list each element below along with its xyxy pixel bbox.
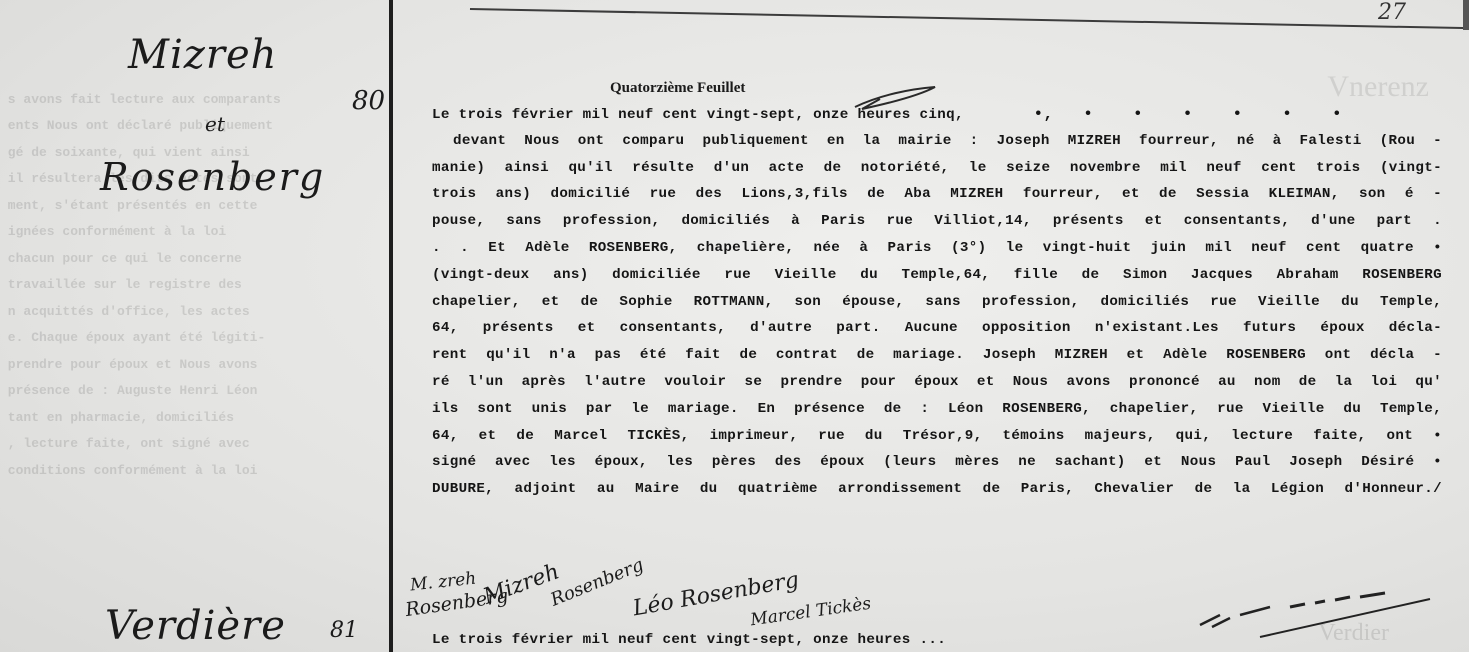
act-line: (vingt-deux ans) domiciliée rue Vieille … — [432, 262, 1442, 289]
next-act-first-line: Le trois février mil neuf cent vingt-sep… — [432, 632, 946, 648]
sheet-title: Quatorzième Feuillet — [610, 80, 745, 97]
margin-conjunction: et — [205, 112, 225, 136]
bleed-through-heading: Vnerenz — [1327, 70, 1429, 104]
act-line: chapelier, et de Sophie ROTTMANN, son ép… — [432, 289, 1442, 316]
signature-groom-father: Mizreh — [480, 559, 563, 609]
marriage-act-text: Le trois février mil neuf cent vingt-sep… — [432, 101, 1442, 503]
margin-rule-line — [389, 0, 393, 652]
act-line: 64, et de Marcel TICKÈS, imprimeur, rue … — [432, 423, 1442, 450]
page-edge — [1463, 0, 1469, 30]
act-line: ré l'un après l'autre vouloir se prendre… — [432, 369, 1442, 396]
bleed-through-text: s avons fait lecture aux comparants ents… — [0, 60, 385, 580]
page-number: 27 — [1378, 0, 1406, 25]
act-line: rent qu'il n'a pas été fait de contrat d… — [432, 342, 1442, 369]
top-rule-line — [470, 8, 1469, 29]
margin-next-name: Verdière — [105, 603, 286, 649]
act-line: signé avec les époux, les pères des épou… — [432, 449, 1442, 476]
signature-witness-2: Marcel Tickès — [749, 594, 872, 631]
margin-act-number: 80 — [352, 86, 385, 116]
act-line: manie) ainsi qu'il résulte d'un acte de … — [432, 155, 1442, 182]
act-line: devant Nous ont comparu publiquement en … — [432, 128, 1442, 155]
act-line: . . Et Adèle ROSENBERG, chapelière, née … — [432, 235, 1442, 262]
act-line: pouse, sans profession, domiciliés à Par… — [432, 208, 1442, 235]
register-page: s avons fait lecture aux comparants ents… — [0, 0, 1469, 652]
act-line: ils sont unis par le mariage. En présenc… — [432, 396, 1442, 423]
act-line: 64, présents et consentants, d'autre par… — [432, 315, 1442, 342]
act-line: Le trois février mil neuf cent vingt-sep… — [432, 101, 1442, 128]
officer-signature-icon — [1190, 585, 1440, 645]
margin-next-act-number: 81 — [330, 618, 358, 643]
margin-groom-name: Mizreh — [128, 32, 277, 78]
act-line: trois ans) domicilié rue des Lions,3,fil… — [432, 181, 1442, 208]
act-line: DUBURE, adjoint au Maire du quatrième ar… — [432, 476, 1442, 503]
margin-bride-name: Rosenberg — [100, 155, 325, 199]
